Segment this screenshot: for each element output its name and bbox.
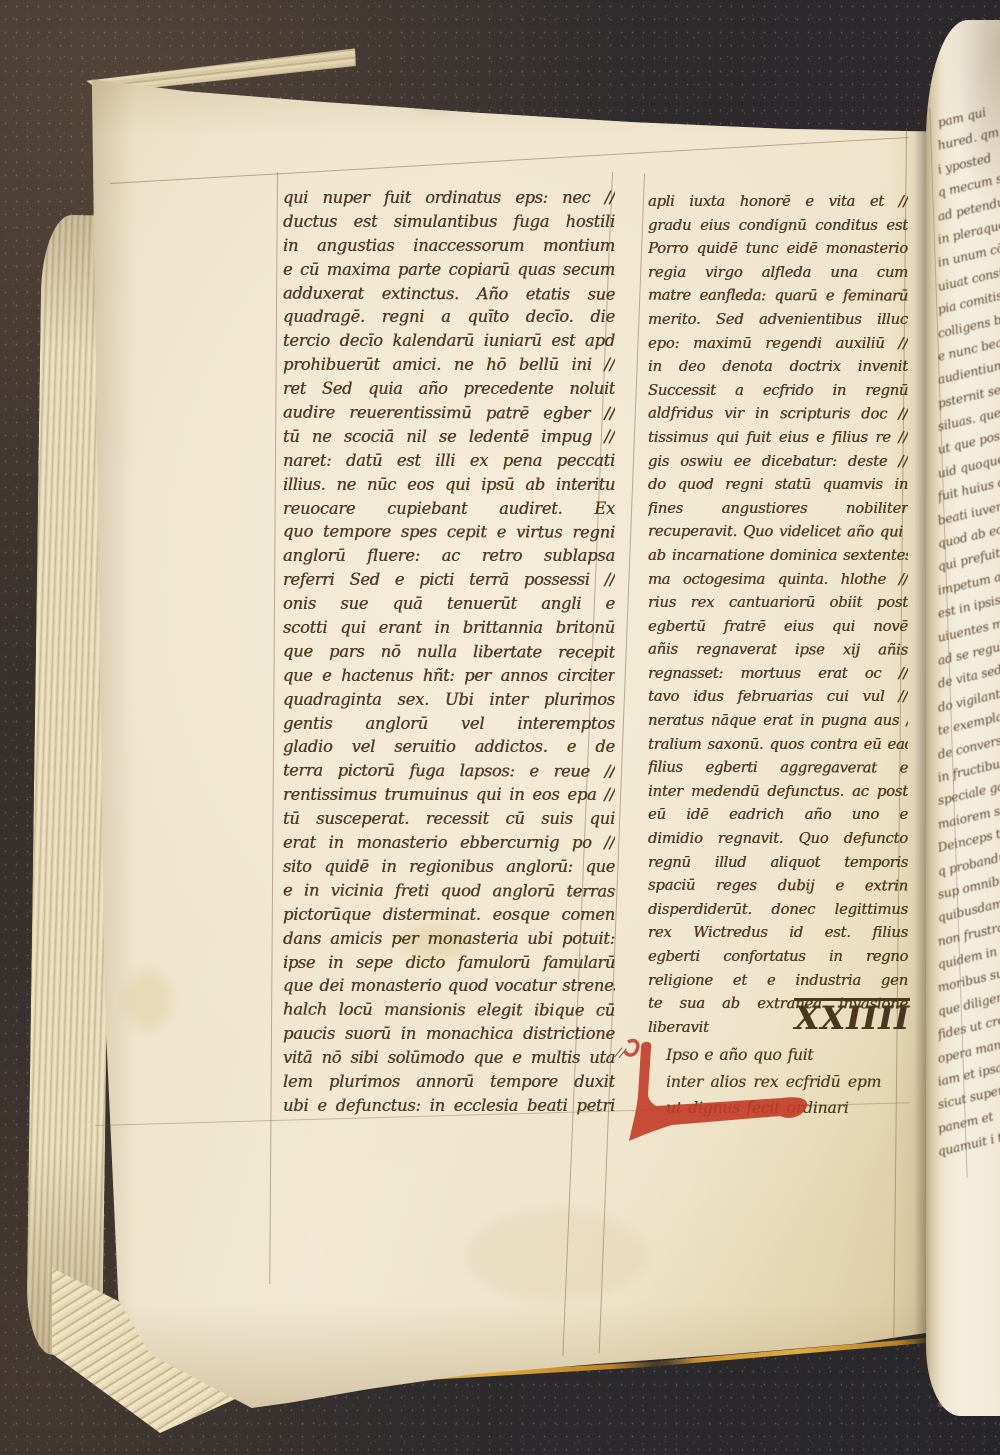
- manuscript-line: regia virgo alfleda una cum: [648, 261, 908, 285]
- manuscript-line: adduxerat extinctus. Año etatis sue: [283, 281, 615, 306]
- manuscript-line: tralium saxonū. quos contra eū eadrich: [648, 733, 908, 757]
- manuscript-line: onis sue quā tenuerūt angli e: [283, 592, 615, 616]
- manuscript-line: quadraginta sex. Ubi inter plurimos: [283, 688, 615, 712]
- manuscript-line: gladio vel seruitio addictos. e de: [283, 735, 615, 759]
- manuscript-line: illius. ne nūc eos qui ipsū ab interitu: [283, 473, 615, 497]
- manuscript-line: gentis anglorū vel interemptos: [283, 712, 615, 736]
- manuscript-line: scotti qui erant in brittannia britonū: [283, 616, 615, 640]
- manuscript-line: que dei monasterio quod vocatur strenes …: [283, 974, 615, 998]
- manuscript-line: filius egberti aggregaverat e: [648, 756, 908, 781]
- manuscript-line: prohibuerūt amici. ne hō bellū ini //: [283, 353, 615, 377]
- manuscript-line: in angustias inaccessorum montium: [283, 234, 615, 258]
- parchment-stain: [465, 1210, 645, 1300]
- manuscript-line: audire reuerentissimū patrē egber //: [283, 400, 615, 425]
- manuscript-line: disperdiderūt. donec legittimus: [648, 898, 908, 922]
- manuscript-line: matre eanfleda: quarū e feminarū: [648, 284, 908, 309]
- manuscript-line: qui nuper fuit ordinatus eps: nec //: [283, 186, 615, 210]
- manuscript-line: regnū illud aliquot temporis: [648, 851, 908, 875]
- manuscript-line: sito quidē in regionibus anglorū: que: [283, 855, 615, 879]
- red-paraph-flourish-icon: [612, 1036, 824, 1148]
- manuscript-line: Successit a ecfrido in regnū: [648, 379, 908, 403]
- manuscript-line: quadragē. regni a quīto decīo. die: [283, 305, 615, 329]
- manuscript-line: paucis suorū in monachica districtione: [283, 1022, 615, 1046]
- manuscript-line: egberti confortatus in regno: [648, 945, 908, 969]
- manuscript-line: neratus nāque erat in pugna aus //: [648, 709, 908, 733]
- manuscript-line: egbertū fratrē eius qui novē: [648, 615, 908, 639]
- manuscript-line: erat in monasterio ebbercurnig po //: [283, 831, 615, 855]
- manuscript-line: ab incarnatione dominica sextentesi //: [648, 544, 908, 568]
- manuscript-line: rius rex cantuariorū obiit post: [648, 591, 908, 615]
- text-column-right: apli iuxta honorē e vita et //gradu eius…: [648, 190, 908, 1039]
- manuscript-line: eū idē eadrich año uno e: [648, 803, 908, 827]
- manuscript-line: e cū maxima parte copiarū quas secum: [283, 258, 615, 282]
- manuscript-line: tercio decīo kalendarū iuniarū est apd: [283, 329, 615, 353]
- parchment-stain: [125, 970, 171, 1030]
- manuscript-line: tavo idus februarias cui vul //: [648, 685, 908, 709]
- manuscript-line: merito. Sed advenientibus illuc: [648, 308, 908, 332]
- manuscript-line: referri Sed e picti terrā possessi //: [283, 568, 615, 592]
- manuscript-line: tissimus qui fuit eius e filius re //: [648, 426, 908, 450]
- manuscript-line: vitā nō sibi solūmodo que e multis uta: [283, 1046, 615, 1070]
- manuscript-line: que e hactenus hñt: per annos circiter: [283, 664, 615, 688]
- manuscript-line: quo tempore spes cepit e virtus regni: [283, 520, 615, 545]
- manuscript-line: spaciū reges dubij e extrin: [648, 874, 908, 899]
- manuscript-line: halch locū mansionis elegit ibique cū: [283, 998, 615, 1023]
- manuscript-line: anglorū fluere: ac retro sublapsa: [283, 544, 615, 568]
- manuscript-line: fines angustiores nobiliter: [648, 497, 908, 521]
- manuscript-line: apli iuxta honorē e vita et //: [648, 190, 908, 214]
- manuscript-line: gradu eius condignū conditus est: [648, 214, 908, 238]
- manuscript-line: ubi e defunctus: in ecclesia beati petri: [283, 1094, 615, 1118]
- recto-text-fragments: pam quihured. qmi ypostedq mecum sead pe…: [938, 112, 1000, 1416]
- manuscript-line: añis regnaverat ipse xij añis: [648, 638, 908, 663]
- manuscript-line: Porro quidē tunc eidē monasterio: [648, 237, 908, 261]
- manuscript-line: pictorūque disterminat. eosque comen: [283, 903, 615, 927]
- text-column-left: qui nuper fuit ordinatus eps: nec //duct…: [283, 186, 615, 1118]
- manuscript-line: tū susceperat. recessit cū suis qui: [283, 807, 615, 831]
- manuscript-line: recuperavit. Quo videlicet año qui est: [648, 520, 908, 545]
- manuscript-line: rentissimus trumuinus qui in eos epa //: [283, 783, 615, 807]
- manuscript-line: lem plurimos annorū tempore duxit: [283, 1070, 615, 1094]
- manuscript-line: e in vicinia freti quod anglorū terras: [283, 878, 615, 903]
- recto-page: pam quihured. qmi ypostedq mecum sead pe…: [926, 20, 1000, 1416]
- manuscript-line: religione et e industria gen: [648, 969, 908, 993]
- manuscript-line: ipse in sepe dicto famulorū famularū: [283, 951, 615, 975]
- manuscript-line: regnasset: mortuus erat oc //: [648, 662, 908, 686]
- manuscript-line: do quod regni statū quamvis in: [648, 473, 908, 497]
- manuscript-line: terra pictorū fuga lapsos: e reue //: [283, 759, 615, 784]
- manuscript-line: dimidio regnavit. Quo defuncto: [648, 827, 908, 851]
- manuscript-line: ma octogesima quinta. hlothe //: [648, 568, 908, 592]
- manuscript-line: in deo denota doctrix invenit: [648, 355, 908, 379]
- manuscript-line: naret: datū est illi ex pena peccati: [283, 449, 615, 473]
- manuscript-line: que pars nō nulla libertate recepit: [283, 639, 615, 664]
- manuscript-line: ductus est simulantibus fuga hostili: [283, 210, 615, 234]
- manuscript-photo: qui nuper fuit ordinatus eps: nec //duct…: [0, 0, 1000, 1455]
- manuscript-line: aldfridus vir in scripturis doc //: [648, 402, 908, 427]
- chapter-number: XXIIII: [794, 998, 910, 1034]
- manuscript-line: dans amicis per monasteria ubi potuit:: [283, 927, 615, 951]
- manuscript-line: inter medendū defunctus. ac post: [648, 780, 908, 804]
- manuscript-line: rex Wictredus id est. filius: [648, 921, 908, 945]
- manuscript-line: reuocare cupiebant audiret. Ex: [283, 497, 615, 521]
- manuscript-line: epo: maximū regendi auxiliū //: [648, 332, 908, 356]
- manuscript-line: tū ne scociā nil se ledentē impug //: [283, 425, 615, 449]
- manuscript-line: ret Sed quia año precedente noluit: [283, 377, 615, 401]
- manuscript-line: gis oswiu ee dicebatur: deste //: [648, 450, 908, 474]
